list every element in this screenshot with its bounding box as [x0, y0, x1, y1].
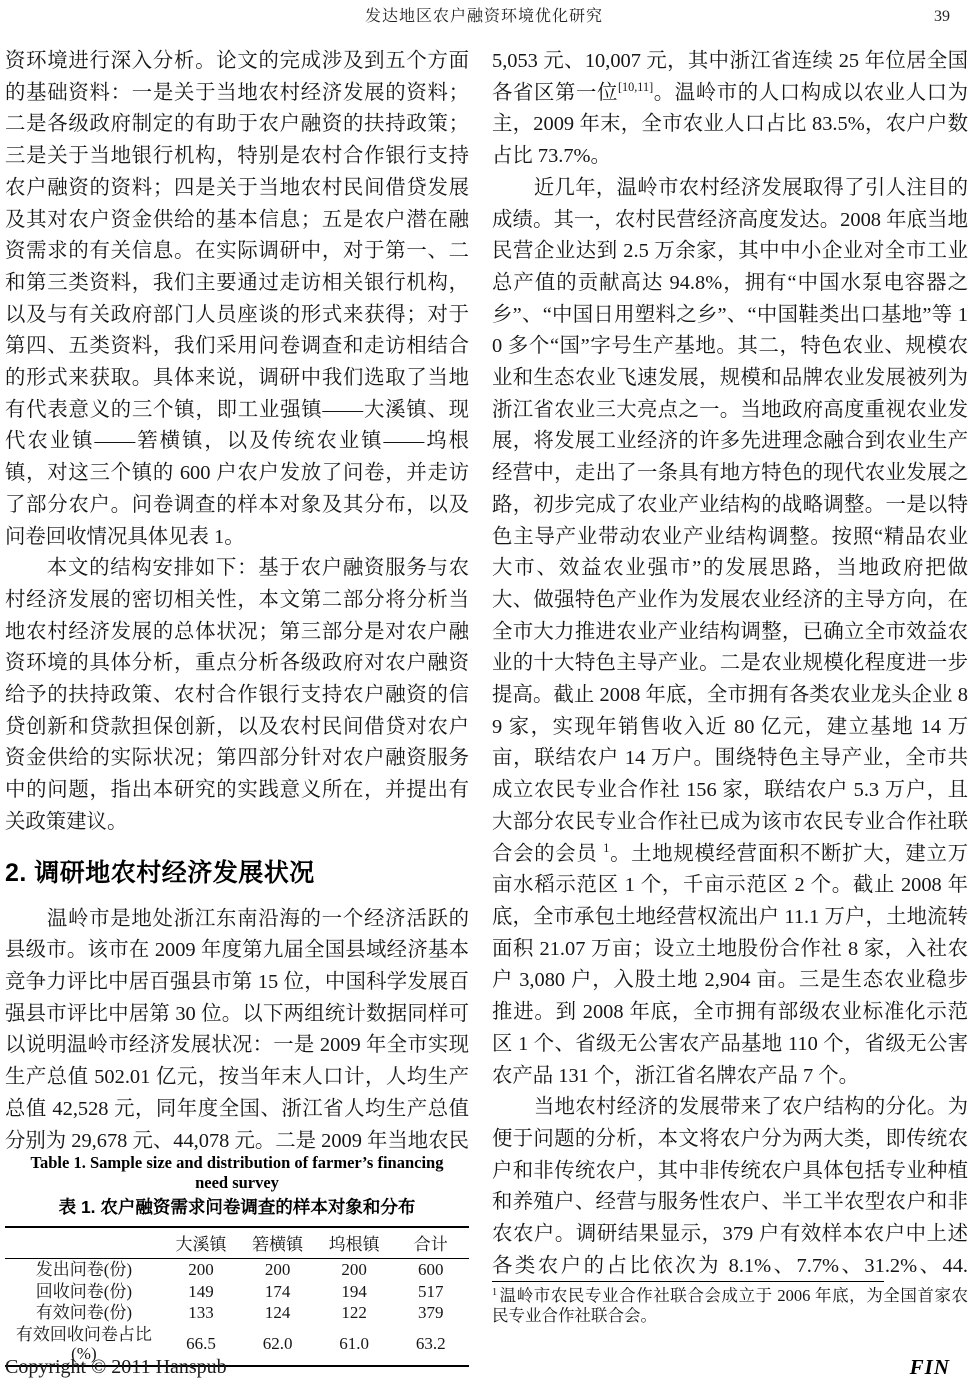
- cell: 124: [239, 1302, 316, 1324]
- cell: 200: [239, 1259, 316, 1281]
- table-header-wugen: 坞根镇: [316, 1227, 393, 1259]
- table-row: 有效问卷(份) 133 124 122 379: [5, 1302, 469, 1324]
- left-paragraph-1: 资环境进行深入分析。论文的完成涉及到五个方面的基础资料：一是关于当地农村经济发展…: [5, 46, 469, 553]
- cell: 133: [163, 1302, 240, 1324]
- running-head-title: 发达地区农户融资环境优化研究: [0, 5, 968, 29]
- row-label: 有效问卷(份): [5, 1302, 163, 1324]
- cell: 600: [392, 1259, 469, 1281]
- cell: 517: [392, 1281, 469, 1303]
- cell: 122: [316, 1302, 393, 1324]
- footnote-text: 温岭市农民专业合作社联合会成立于 2006 年底，为全国首家农民专业合作社联合会…: [492, 1286, 968, 1325]
- paragraph-text: 近几年，温岭市农村经济发展取得了引人注目的成绩。其一，农村民营经济高度发达。20…: [492, 177, 968, 865]
- row-label: 回收问卷(份): [5, 1281, 163, 1303]
- page-number: 39: [934, 5, 950, 29]
- right-paragraph-3: 当地农村经济的发展带来了农户结构的分化。为便于问题的分析，本文将农户分为两大类，…: [492, 1092, 968, 1282]
- cell: 200: [163, 1259, 240, 1281]
- cell: 194: [316, 1281, 393, 1303]
- right-paragraph-1: 5,053 元、10,007 元，其中浙江省连续 25 年位居全国各省区第一位[…: [492, 46, 968, 173]
- footnote-divider: [492, 1281, 884, 1282]
- table-header-blank: [5, 1227, 163, 1259]
- running-head: 发达地区农户融资环境优化研究 39: [0, 5, 968, 31]
- table-header-ruoheng: 箬横镇: [239, 1227, 316, 1259]
- citation-marker: [10,11]: [618, 80, 653, 94]
- cell: 174: [239, 1281, 316, 1303]
- table-title-chinese: 表 1. 农户融资需求问卷调查的样本对象和分布: [5, 1196, 469, 1218]
- footnote-marker: 1: [492, 1287, 497, 1298]
- paper-page: 发达地区农户融资环境优化研究 39 资环境进行深入分析。论文的完成涉及到五个方面…: [0, 0, 968, 1386]
- left-paragraph-3: 温岭市是地处浙江东南沿海的一个经济活跃的县级市。该市在 2009 年度第九届全国…: [5, 904, 469, 1152]
- journal-mark: FIN: [910, 1355, 950, 1379]
- right-column: 5,053 元、10,007 元，其中浙江省连续 25 年位居全国各省区第一位[…: [492, 46, 968, 1282]
- cell: 379: [392, 1302, 469, 1324]
- table-header-total: 合计: [392, 1227, 469, 1259]
- table-row: 发出问卷(份) 200 200 200 600: [5, 1259, 469, 1281]
- paragraph-text: 。土地规模经营面积不断扩大，建立万亩水稻示范区 1 个，千亩示范区 2 个。截止…: [492, 843, 968, 1087]
- table-header-daxi: 大溪镇: [163, 1227, 240, 1259]
- left-column: 资环境进行深入分析。论文的完成涉及到五个方面的基础资料：一是关于当地农村经济发展…: [5, 46, 469, 1152]
- page-footer: Copyright © 2011 Hanspub FIN: [5, 1355, 958, 1381]
- table-row: 回收问卷(份) 149 174 194 517: [5, 1281, 469, 1303]
- section-heading: 2. 调研地农村经济发展状况: [5, 858, 469, 889]
- left-paragraph-2: 本文的结构安排如下：基于农户融资服务与农村经济发展的密切相关性，本文第二部分将分…: [5, 553, 469, 838]
- copyright-notice: Copyright © 2011 Hanspub: [5, 1355, 227, 1379]
- table-header-row: 大溪镇 箬横镇 坞根镇 合计: [5, 1227, 469, 1259]
- footnote-block: 1温岭市农民专业合作社联合会成立于 2006 年底，为全国首家农民专业合作社联合…: [492, 1281, 968, 1326]
- table-title-english: Table 1. Sample size and distribution of…: [15, 1153, 459, 1193]
- table1-block: Table 1. Sample size and distribution of…: [5, 1153, 469, 1367]
- footnote: 1温岭市农民专业合作社联合会成立于 2006 年底，为全国首家农民专业合作社联合…: [492, 1286, 968, 1326]
- row-label: 发出问卷(份): [5, 1259, 163, 1281]
- cell: 200: [316, 1259, 393, 1281]
- right-paragraph-2: 近几年，温岭市农村经济发展取得了引人注目的成绩。其一，农村民营经济高度发达。20…: [492, 173, 968, 1092]
- cell: 149: [163, 1281, 240, 1303]
- sample-distribution-table: 大溪镇 箬横镇 坞根镇 合计 发出问卷(份) 200 200 200 600 回…: [5, 1226, 469, 1367]
